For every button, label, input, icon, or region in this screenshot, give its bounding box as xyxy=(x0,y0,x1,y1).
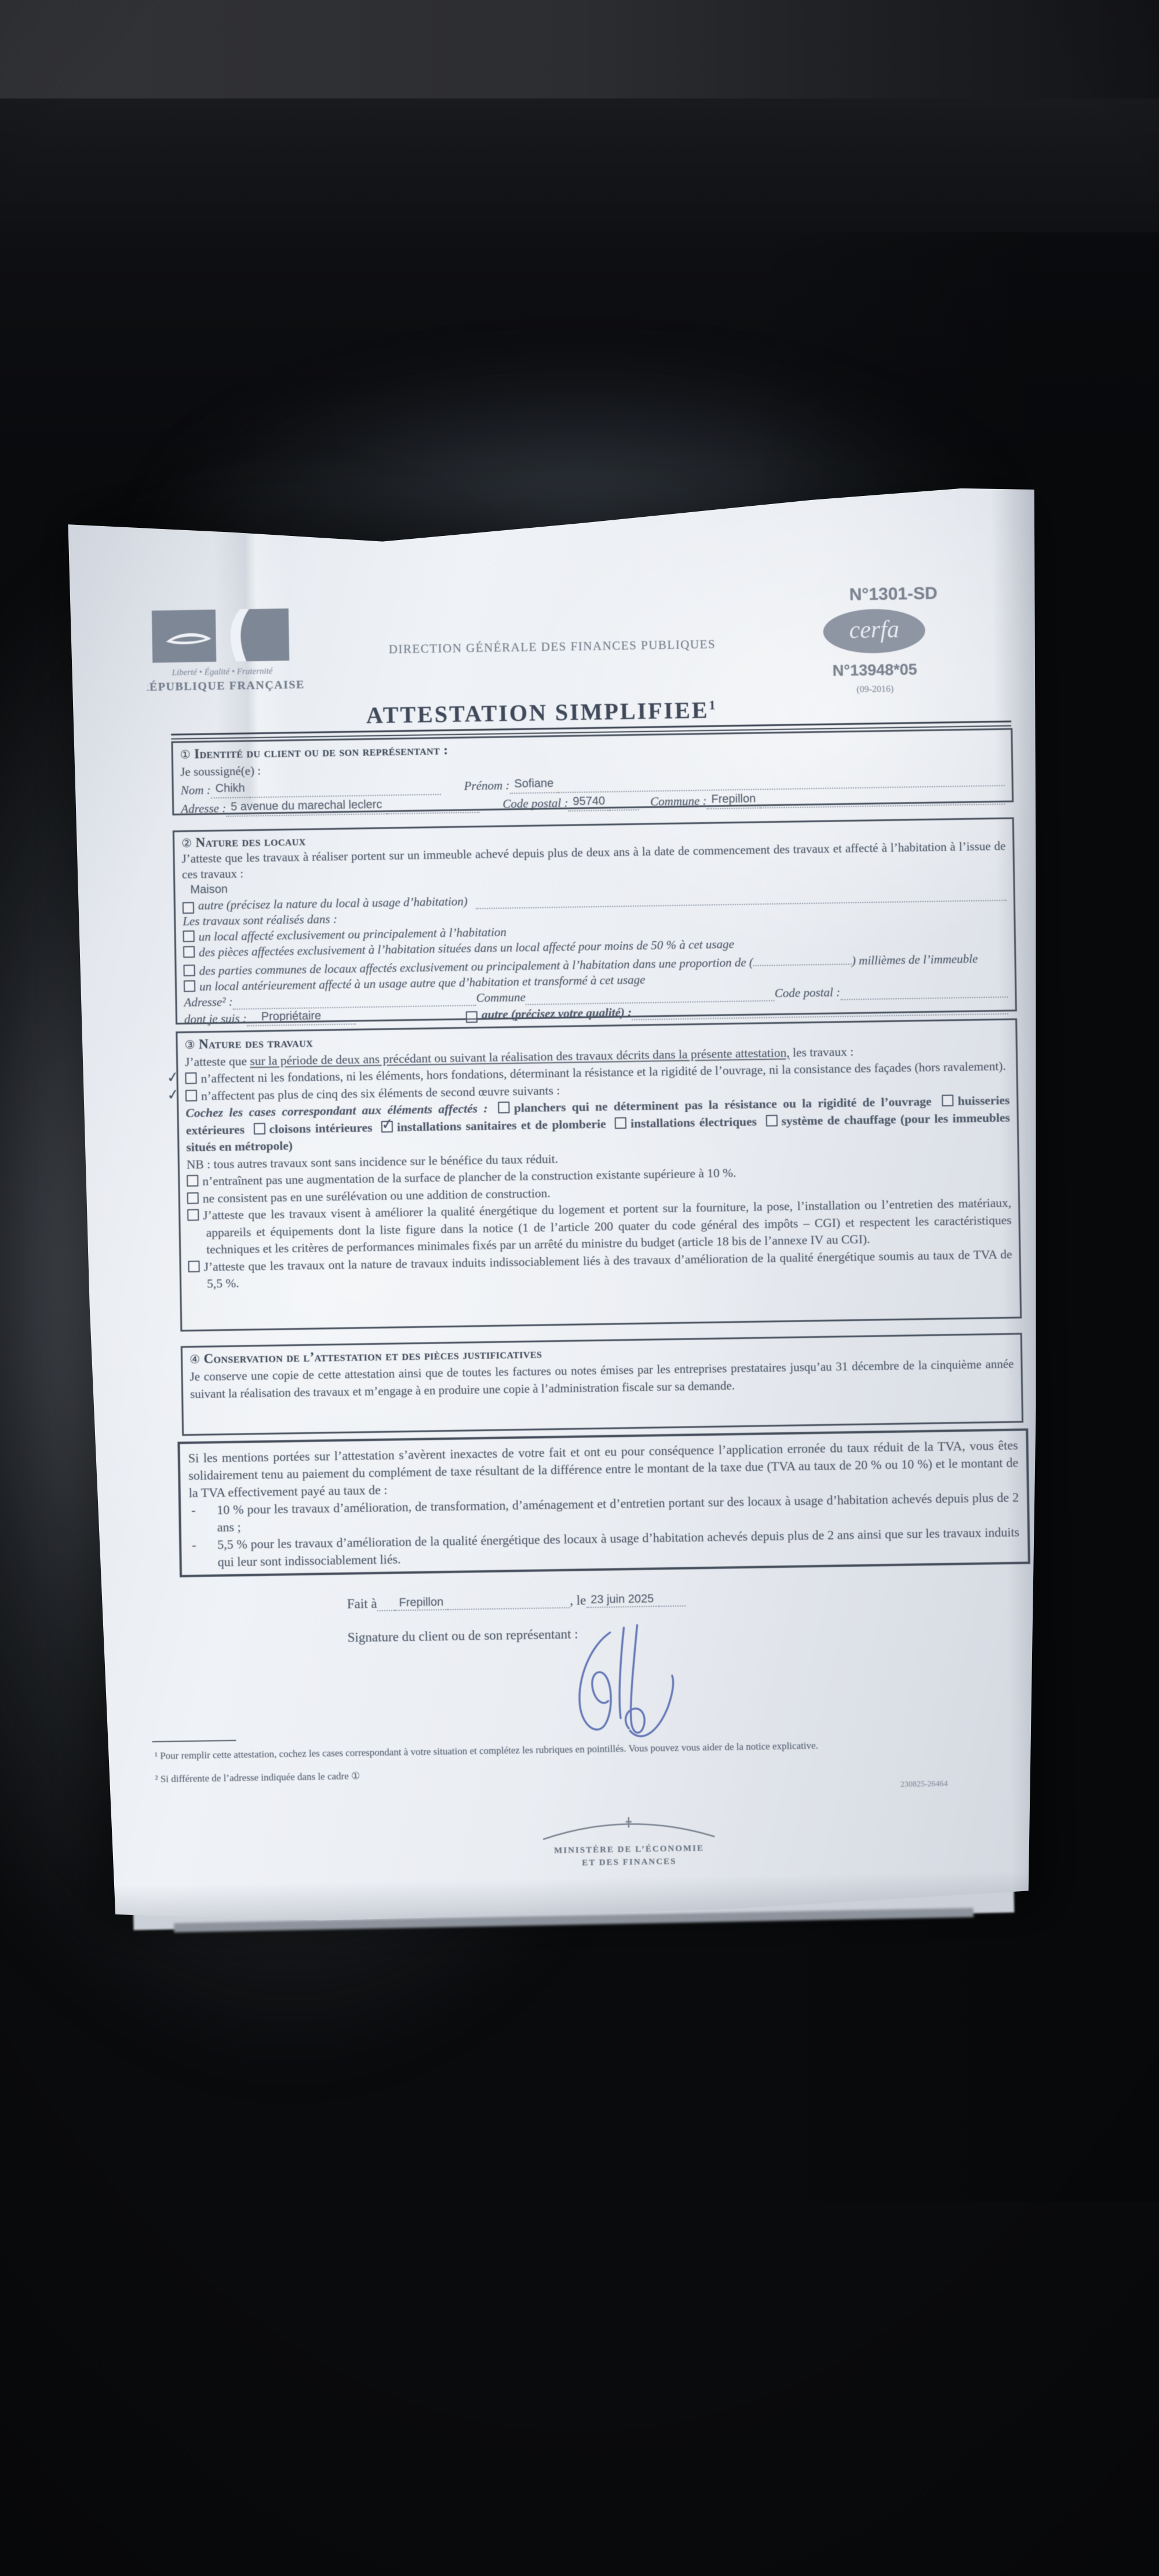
element-cloisons: cloisons intérieures xyxy=(269,1121,372,1136)
form-number: N°1301-SD xyxy=(829,583,957,605)
checkbox-second-oeuvre xyxy=(185,1089,197,1101)
checkbox-surface-plancher xyxy=(187,1175,198,1187)
locaux-cp-label: Code postal : xyxy=(775,984,841,1001)
le-label: , le xyxy=(570,1593,586,1608)
footnote-2: ² Si différente de l’adresse indiquée da… xyxy=(155,1765,676,1785)
locaux-adresse-label: Adresse² : xyxy=(184,994,233,1010)
checkbox-travaux-induits xyxy=(188,1260,199,1272)
handwritten-signature xyxy=(541,1619,683,1757)
ministry-arc-icon xyxy=(535,1808,721,1842)
direction-generale: DIRECTION GÉNÉRALE DES FINANCES PUBLIQUE… xyxy=(373,637,732,657)
form-title-text: ATTESTATION SIMPLIFIEE xyxy=(366,697,709,728)
form-sheet: Liberté • Égalité • Fraternité RÉPUBLIQU… xyxy=(57,480,1059,1926)
cp-value: 95740 xyxy=(568,793,610,812)
checkbox-surelevation xyxy=(187,1192,199,1203)
dont-label: dont je suis : xyxy=(184,1010,247,1027)
section-number-icon: ① xyxy=(180,747,191,761)
prenom-value: Sofiane xyxy=(509,775,558,794)
background-top-band xyxy=(0,0,1159,101)
checkbox-sanitaires xyxy=(381,1121,393,1132)
marianne-right-block xyxy=(240,608,289,661)
fait-dots xyxy=(377,1610,395,1611)
fait-label: Fait à xyxy=(347,1596,377,1612)
title-footnote-ref: 1 xyxy=(709,698,717,712)
qualite-value: Propriétaire xyxy=(247,1008,356,1027)
checkbox-local-exclusif xyxy=(183,931,195,942)
autre-qualite-label: autre (précisez votre qualité) : xyxy=(482,1005,632,1023)
locaux-commune-label: Commune xyxy=(476,990,526,1006)
checkbox-cloisons xyxy=(253,1122,265,1134)
cp-dots xyxy=(610,809,639,811)
checkbox-qualite-energetique xyxy=(187,1209,199,1221)
checkbox-chauffage xyxy=(766,1115,777,1126)
option-label-end: ) millièmes de l’immeuble xyxy=(852,952,978,968)
bullet-dash-icon: - xyxy=(189,1536,218,1571)
section-travaux: ③Nature des travaux J’atteste que sur la… xyxy=(176,1019,1022,1332)
element-electriques: installations électriques xyxy=(630,1114,757,1130)
form-content: Liberté • Égalité • Fraternité RÉPUBLIQU… xyxy=(57,480,1059,1926)
cerfa-logo: cerfa xyxy=(823,608,925,654)
section-travaux-title: Nature des travaux xyxy=(199,1035,314,1052)
cochez-intro: Cochez les cases correspondant aux éléme… xyxy=(185,1101,487,1120)
footnote-rule xyxy=(152,1740,236,1742)
section-locaux: ②Nature des locaux J’atteste que les tra… xyxy=(173,818,1017,1025)
date-value: 23 juin 2025 xyxy=(586,1592,658,1608)
ministry-footer: MINISTÈRE DE L’ÉCONOMIE ET DES FINANCES xyxy=(530,1808,728,1870)
marianne-motto: Liberté • Égalité • Fraternité xyxy=(171,666,273,678)
cp-label: Code postal : xyxy=(502,794,568,813)
lieu-dots xyxy=(448,1607,570,1610)
adresse-label: Adresse : xyxy=(181,800,226,818)
element-sanitaires: installations sanitaires et de plomberie xyxy=(397,1116,606,1134)
commune-value: Frepillon xyxy=(706,790,760,809)
marianne-logo: Liberté • Égalité • Fraternité RÉPUBLIQU… xyxy=(146,604,304,693)
print-code: 230825-26464 xyxy=(901,1780,948,1790)
photo-of-document: Liberté • Égalité • Fraternité RÉPUBLIQU… xyxy=(0,0,1159,2576)
signature-stroke-2 xyxy=(624,1625,644,1733)
section-conservation: ④Conservation de l’attestation et des pi… xyxy=(181,1333,1023,1436)
section-locaux-title: Nature des locaux xyxy=(195,834,306,850)
section-number-icon: ③ xyxy=(184,1038,195,1052)
checkbox-local-transforme xyxy=(184,980,195,992)
adresse-value: 5 avenue du marechal leclerc xyxy=(226,796,387,817)
prenom-label: Prénom : xyxy=(464,776,509,794)
nom-label: Nom : xyxy=(180,781,210,799)
checkbox-parties-communes xyxy=(183,965,195,976)
checkbox-autre-local xyxy=(183,902,194,914)
warning-box: Si les mentions portées sur l’attestatio… xyxy=(177,1428,1030,1577)
cerfa-logo-text: cerfa xyxy=(849,616,899,644)
lieu-value: Frepillon xyxy=(394,1596,448,1611)
signature-loop xyxy=(578,1633,611,1730)
section-identite-title: Identité du client ou de son représentan… xyxy=(194,743,449,761)
bullet-dash-icon: - xyxy=(189,1501,217,1537)
spacer xyxy=(356,1023,466,1025)
checkbox-planchers xyxy=(498,1101,510,1113)
date-dots xyxy=(658,1606,685,1607)
marianne-republic: RÉPUBLIQUE FRANÇAISE xyxy=(146,678,304,693)
commune-dots xyxy=(760,804,1005,809)
fait-a-line: Fait à Frepillon , le 23 juin 2025 xyxy=(347,1589,834,1612)
proportion-dots xyxy=(753,950,852,966)
adresse-dots xyxy=(387,812,480,815)
checkbox-autre-qualite xyxy=(466,1011,478,1023)
commune-label: Commune : xyxy=(650,792,707,811)
section-number-icon: ② xyxy=(181,836,192,850)
section-identite: ①Identité du client ou de son représenta… xyxy=(171,728,1014,816)
checkbox-huisseries xyxy=(942,1094,954,1106)
checkbox-pieces-habitation xyxy=(183,946,195,958)
signature-stroke-1 xyxy=(618,1628,625,1718)
section-number-icon: ④ xyxy=(189,1352,201,1366)
cerfa-number: N°13948*05 xyxy=(813,661,936,680)
signature-tail xyxy=(629,1676,674,1736)
checkbox-electriques xyxy=(615,1117,626,1129)
nom-value: Chikh xyxy=(210,779,250,798)
checkbox-fondations xyxy=(185,1072,196,1084)
